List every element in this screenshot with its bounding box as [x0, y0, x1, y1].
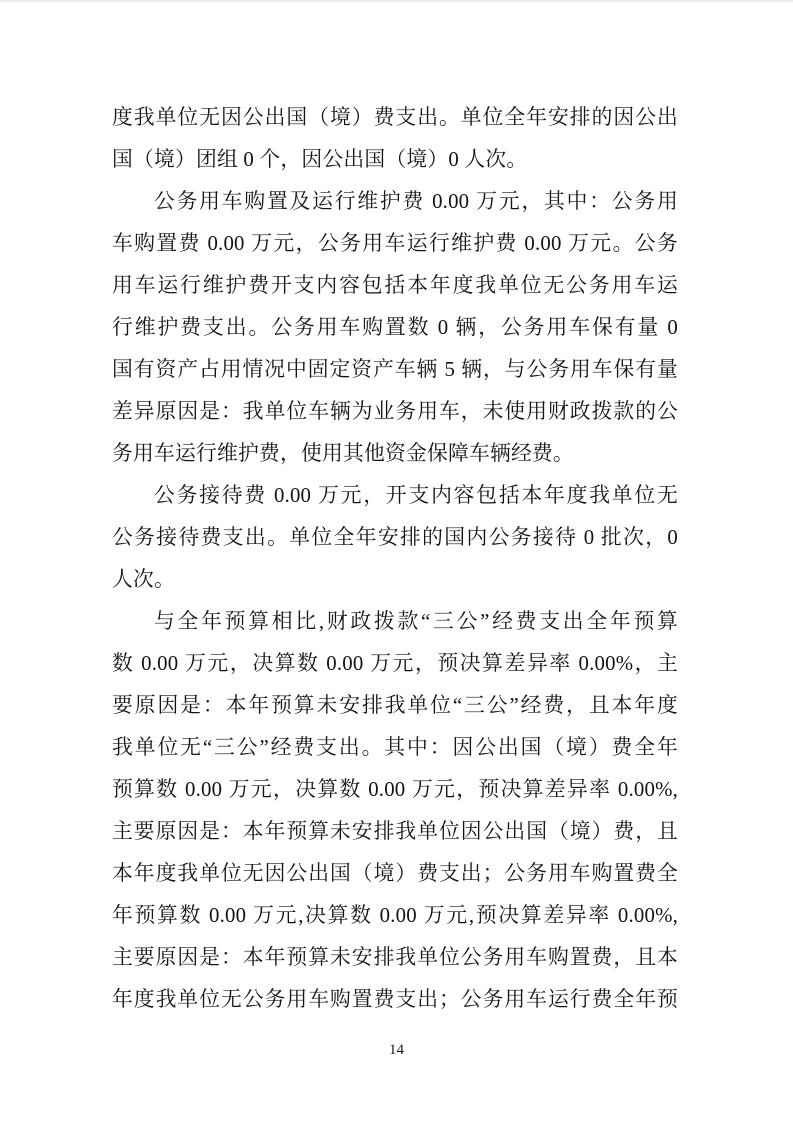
text-line: 人次。 [112, 559, 678, 601]
page-footer: 14 [0, 1040, 793, 1060]
text-line: 务用车运行维护费，使用其他资金保障车辆经费。 [112, 433, 678, 475]
text-line: 度我单位无因公出国（境）费支出。单位全年安排的因公出 [112, 97, 678, 139]
text-line: 差异原因是：我单位车辆为业务用车，未使用财政拨款的公 [112, 391, 678, 433]
text-line: 主要原因是：本年预算未安排我单位因公出国（境）费，且 [112, 811, 678, 853]
text-line: 公务接待费支出。单位全年安排的国内公务接待 0 批次，0 [112, 517, 678, 559]
text-line: 年度我单位无公务用车购置费支出；公务用车运行费全年预 [112, 979, 678, 1021]
text-line: 公务用车购置及运行维护费 0.00 万元，其中：公务用 [112, 181, 678, 223]
text-line: 本年度我单位无因公出国（境）费支出；公务用车购置费全 [112, 853, 678, 895]
page-text: 度我单位无因公出国（境）费支出。单位全年安排的因公出国（境）团组 0 个，因公出… [112, 97, 678, 1021]
text-line: 公务接待费 0.00 万元，开支内容包括本年度我单位无 [112, 475, 678, 517]
page-number: 14 [389, 1042, 404, 1058]
text-line: 预算数 0.00 万元，决算数 0.00 万元，预决算差异率 0.00%, [112, 769, 678, 811]
document-page: 度我单位无因公出国（境）费支出。单位全年安排的因公出国（境）团组 0 个，因公出… [0, 0, 793, 1122]
text-line: 行维护费支出。公务用车购置数 0 辆，公务用车保有量 0 辆。 [112, 307, 678, 349]
text-line: 我单位无“三公”经费支出。其中：因公出国（境）费全年 [112, 727, 678, 769]
text-line: 用车运行维护费开支内容包括本年度我单位无公务用车运 [112, 265, 678, 307]
text-line: 要原因是：本年预算未安排我单位“三公”经费，且本年度 [112, 685, 678, 727]
text-line: 主要原因是：本年预算未安排我单位公务用车购置费，且本 [112, 937, 678, 979]
text-line: 国有资产占用情况中固定资产车辆 5 辆，与公务用车保有量 [112, 349, 678, 391]
text-line: 与全年预算相比,财政拨款“三公”经费支出全年预算 [112, 601, 678, 643]
text-line: 车购置费 0.00 万元，公务用车运行维护费 0.00 万元。公务 [112, 223, 678, 265]
text-line: 数 0.00 万元，决算数 0.00 万元，预决算差异率 0.00%，主 [112, 643, 678, 685]
text-line: 国（境）团组 0 个，因公出国（境）0 人次。 [112, 139, 678, 181]
text-line: 年预算数 0.00 万元,决算数 0.00 万元,预决算差异率 0.00%, [112, 895, 678, 937]
